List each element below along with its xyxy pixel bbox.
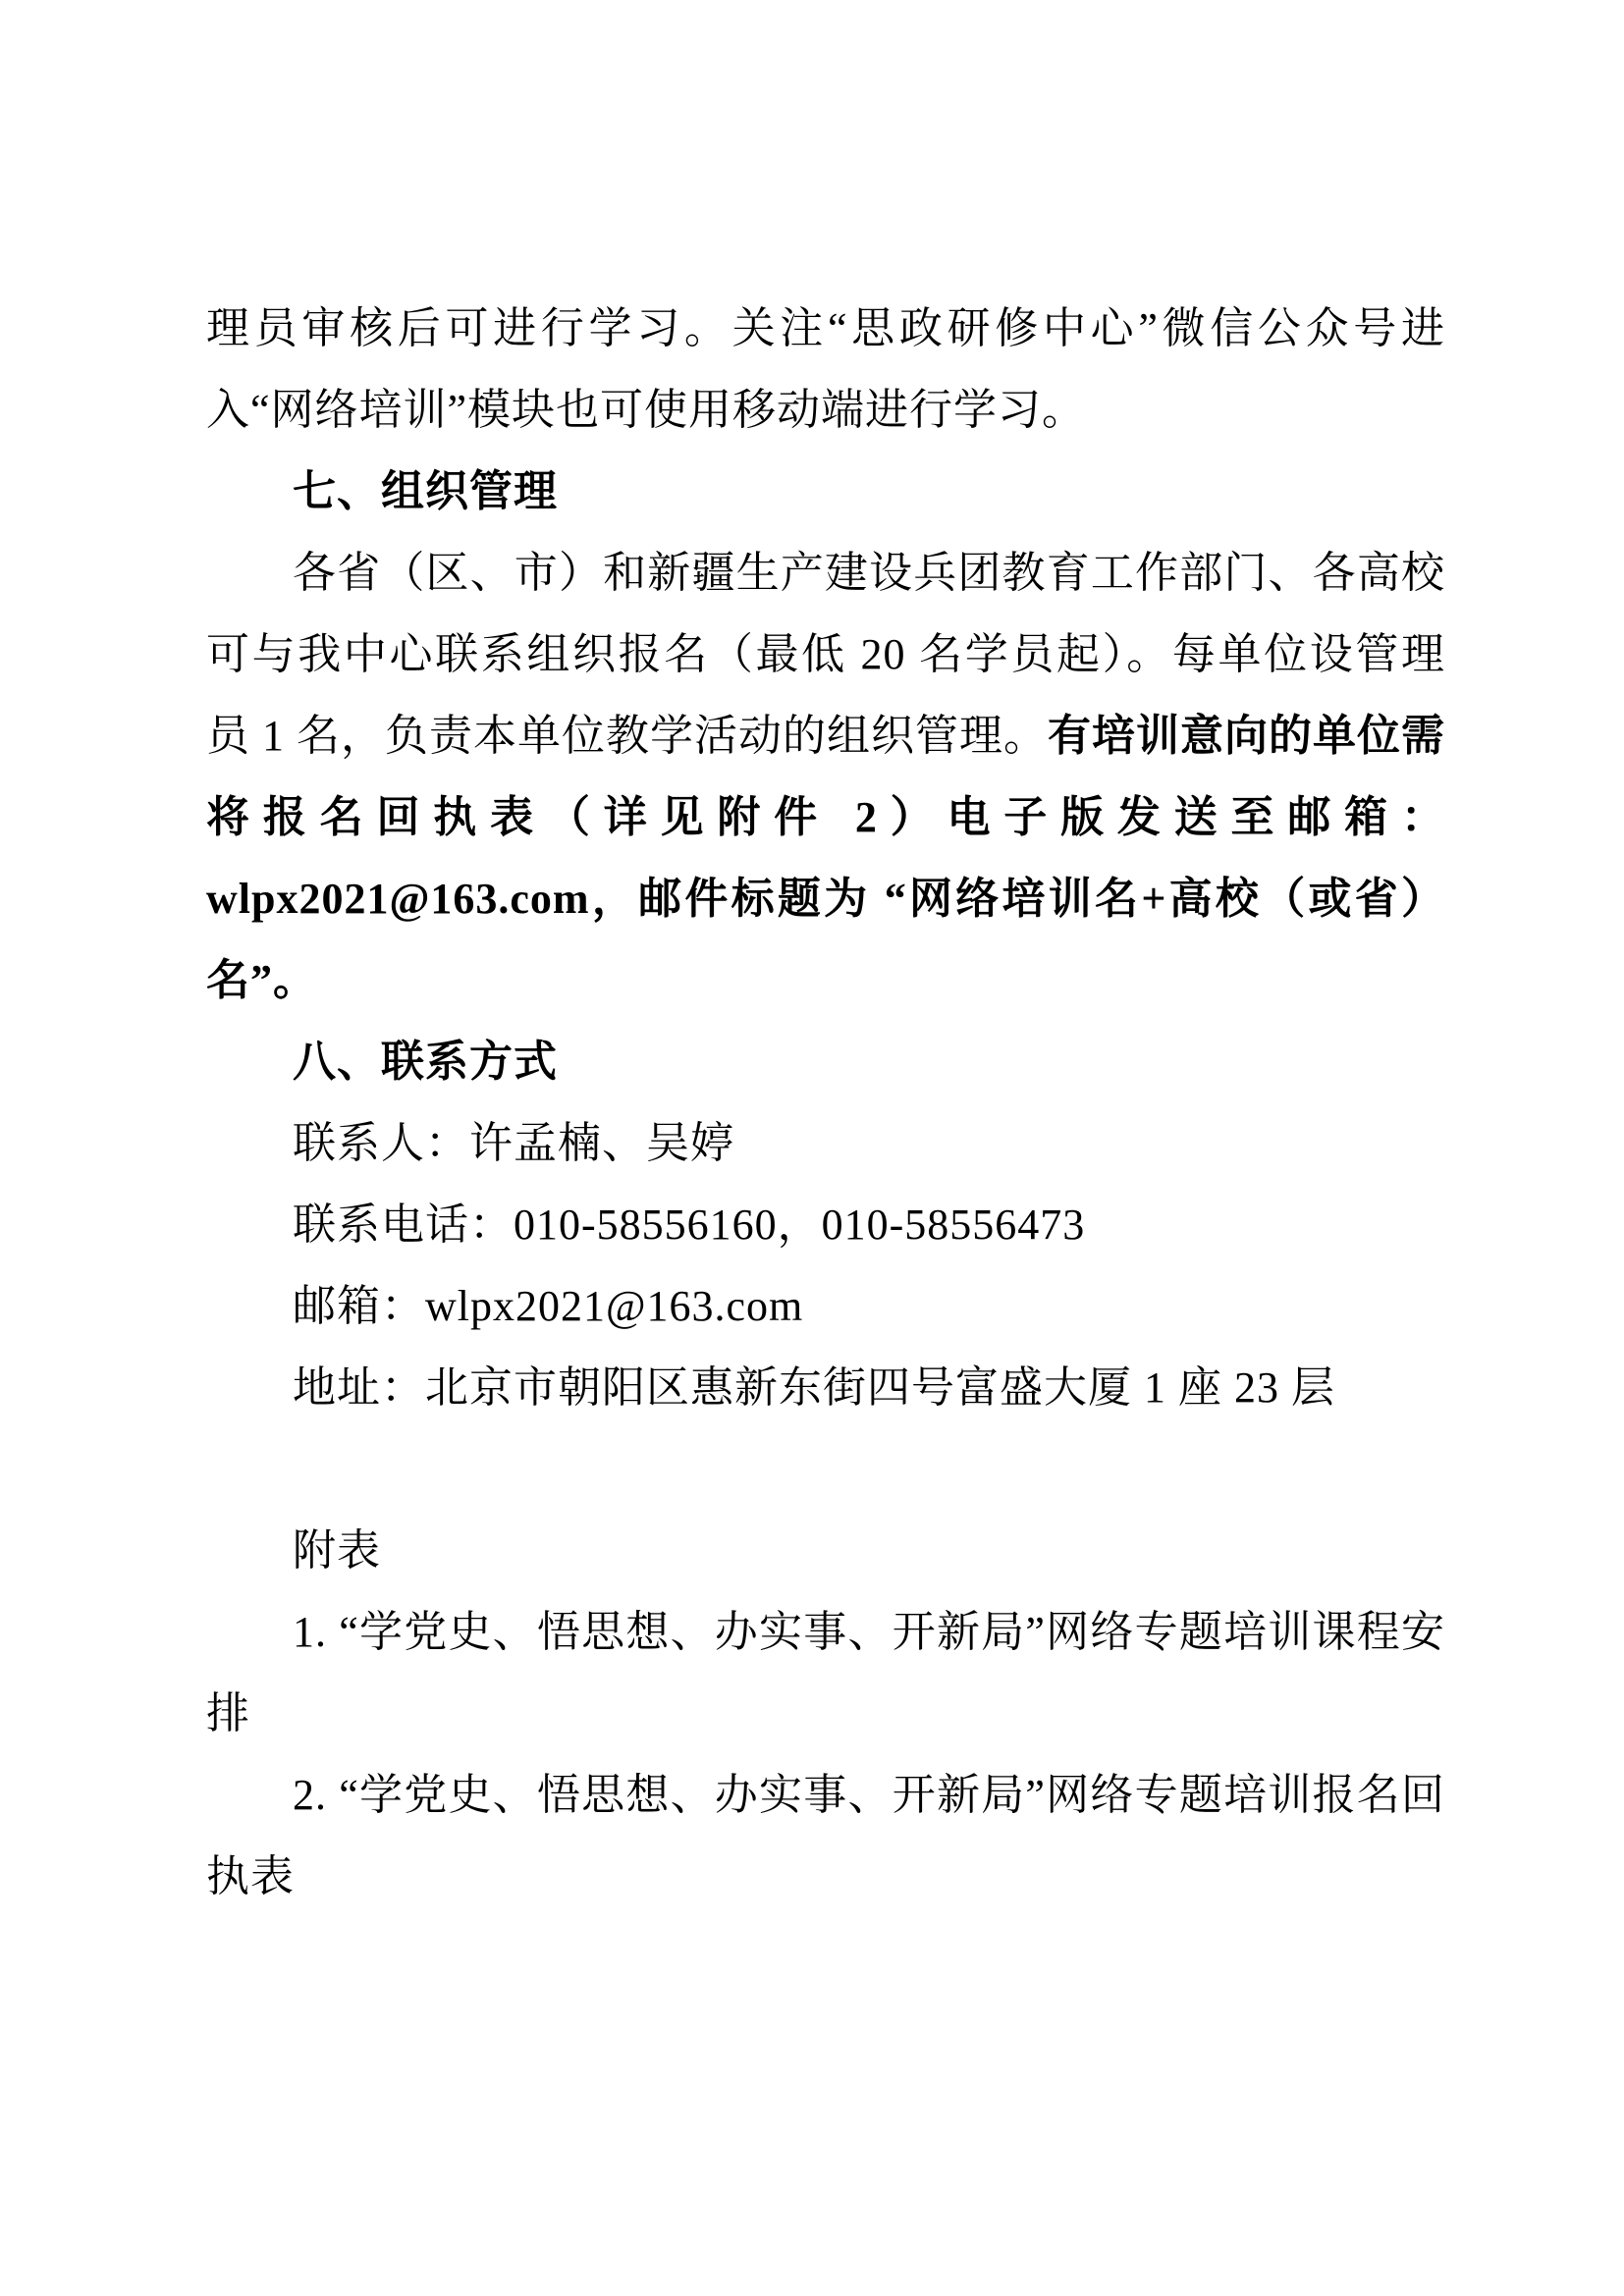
continued-paragraph: 理员审核后可进行学习。关注“思政研修中心”微信公众号进入“网络培训”模块也可使用… <box>206 288 1445 451</box>
attachment-item-1: 1. “学党史、悟思想、办实事、开新局”网络专题培训课程安排 <box>206 1591 1445 1754</box>
document-body: 理员审核后可进行学习。关注“思政研修中心”微信公众号进入“网络培训”模块也可使用… <box>206 288 1445 1917</box>
attachment-item-2: 2. “学党史、悟思想、办实事、开新局”网络专题培训报名回执表 <box>206 1754 1445 1917</box>
contact-email-line: 邮箱：wlpx2021@163.com <box>206 1265 1445 1347</box>
document-page: 理员审核后可进行学习。关注“思政研修中心”微信公众号进入“网络培训”模块也可使用… <box>0 0 1624 2296</box>
blank-line <box>206 1428 1445 1510</box>
attachments-label: 附表 <box>206 1510 1445 1591</box>
section-7-heading: 七、组织管理 <box>206 451 1445 532</box>
contact-address-line: 地址：北京市朝阳区惠新东街四号富盛大厦 1 座 23 层 <box>206 1347 1445 1428</box>
section-8-heading: 八、联系方式 <box>206 1021 1445 1102</box>
contact-phone-line: 联系电话：010-58556160，010-58556473 <box>206 1184 1445 1265</box>
contact-person-line: 联系人：许孟楠、吴婷 <box>206 1102 1445 1184</box>
section-7-paragraph: 各省（区、市）和新疆生产建设兵团教育工作部门、各高校可与我中心联系组织报名（最低… <box>206 532 1445 1021</box>
